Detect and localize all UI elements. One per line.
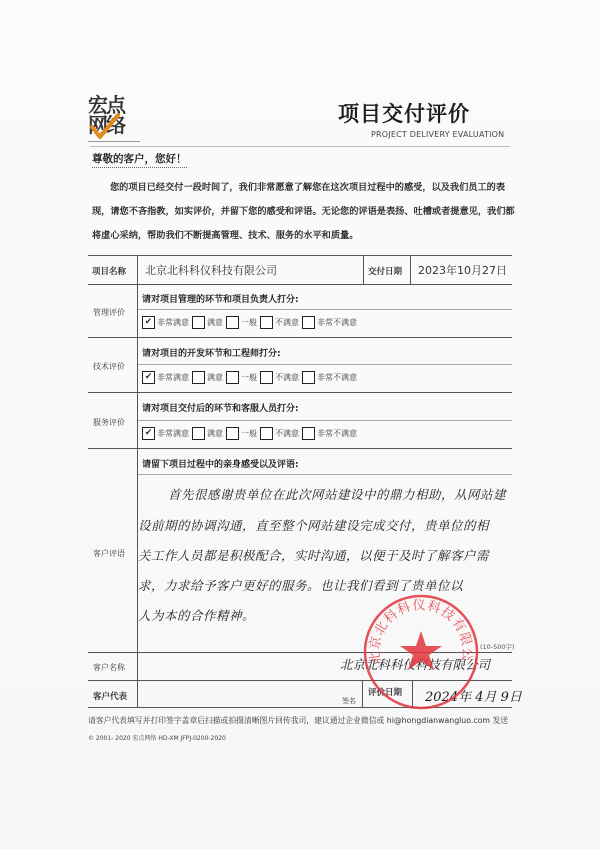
checkbox-icon[interactable] xyxy=(302,427,315,440)
option-label: 满意 xyxy=(207,428,223,439)
management-rating-options: ✔非常满意 满意 一般 不满意 非常不满意 xyxy=(142,316,360,329)
intro-text: 您的项目已经交付一段时间了，我们非常愿意了解您在这次项目过程中的感受，以及我们员… xyxy=(92,182,515,241)
option-label: 满意 xyxy=(207,372,223,383)
comment-line: 关工作人员都是积极配合，实时沟通，以便于及时了解客户需 xyxy=(138,546,489,564)
project-name-label: 项目名称 xyxy=(92,265,126,277)
table-top-border xyxy=(88,255,512,256)
checkbox-icon[interactable] xyxy=(226,427,239,440)
option-label: 一般 xyxy=(241,372,257,383)
checkbox-checked-icon[interactable]: ✔ xyxy=(142,371,155,384)
rating-dissatisfied[interactable]: 不满意 xyxy=(260,371,299,384)
option-label: 一般 xyxy=(241,317,257,328)
checkbox-checked-icon[interactable]: ✔ xyxy=(142,427,155,440)
checkbox-icon[interactable] xyxy=(192,371,205,384)
comments-label: 客户评语 xyxy=(93,548,125,559)
service-rating-options: ✔非常满意 满意 一般 不满意 非常不满意 xyxy=(142,427,360,440)
rating-satisfied[interactable]: 满意 xyxy=(192,316,223,329)
checkbox-icon[interactable] xyxy=(260,427,273,440)
table-row-divider xyxy=(88,337,512,338)
word-limit-hint: (10-500字) xyxy=(480,642,515,651)
service-question: 请对项目交付后的环节和客服人员打分: xyxy=(142,401,299,414)
comment-line: 人为本的合作精神。 xyxy=(138,606,255,624)
checkbox-icon[interactable] xyxy=(260,316,273,329)
table-row-divider xyxy=(88,284,512,285)
table-row-divider xyxy=(88,448,512,449)
table-row-divider xyxy=(88,392,512,393)
project-name-value: 北京北科科仪科技有限公司 xyxy=(145,262,277,278)
greeting: 尊敬的客户，您好！ xyxy=(92,151,187,168)
option-label: 不满意 xyxy=(275,317,299,328)
comment-line: 求，力求给予客户更好的服务。也让我们看到了贵单位以 xyxy=(138,576,463,594)
intro-paragraph: 您的项目已经交付一段时间了，我们非常愿意了解您在这次项目过程中的感受，以及我们员… xyxy=(92,176,517,248)
rating-very-satisfied[interactable]: ✔非常满意 xyxy=(142,316,189,329)
management-question: 请对项目管理的环节和项目负责人打分: xyxy=(142,292,299,305)
company-logo: 宏点 网络 xyxy=(88,95,140,139)
checkbox-icon[interactable] xyxy=(302,316,315,329)
comments-question: 请留下项目过程中的亲身感受以及评语: xyxy=(142,457,299,470)
table-column-divider xyxy=(137,255,138,707)
management-rating-label: 管理评价 xyxy=(93,307,125,318)
option-label: 非常满意 xyxy=(157,428,189,439)
header-divider xyxy=(90,146,510,147)
copyright: © 2001- 2020 宏点网络 HD-XM JFPJ-0200-2020 xyxy=(88,733,226,742)
logo-underline xyxy=(88,141,140,142)
table-column-divider xyxy=(363,255,364,284)
option-label: 非常不满意 xyxy=(317,317,357,328)
customer-name-label: 客户名称 xyxy=(93,662,125,673)
rating-very-satisfied[interactable]: ✔非常满意 xyxy=(142,371,189,384)
option-label: 一般 xyxy=(241,428,257,439)
rating-average[interactable]: 一般 xyxy=(226,316,257,329)
option-label: 非常不满意 xyxy=(317,372,357,383)
page-subtitle: PROJECT DELIVERY EVALUATION xyxy=(371,130,504,139)
logo-text-top: 宏点 xyxy=(88,95,124,115)
rating-satisfied[interactable]: 满意 xyxy=(192,371,223,384)
rating-satisfied[interactable]: 满意 xyxy=(192,427,223,440)
submission-note: 请客户代表填写并打印签字盖章后扫描或拍摄清晰图片回传我司，建议通过企业微信或 h… xyxy=(88,715,508,726)
option-label: 非常不满意 xyxy=(317,428,357,439)
option-label: 非常满意 xyxy=(157,317,189,328)
rating-very-satisfied[interactable]: ✔非常满意 xyxy=(142,427,189,440)
checkbox-icon[interactable] xyxy=(226,371,239,384)
delivery-date-value: 2023年10月27日 xyxy=(418,262,507,278)
table-row-divider xyxy=(137,420,512,421)
option-label: 不满意 xyxy=(275,428,299,439)
option-label: 满意 xyxy=(207,317,223,328)
rating-dissatisfied[interactable]: 不满意 xyxy=(260,316,299,329)
rating-dissatisfied[interactable]: 不满意 xyxy=(260,427,299,440)
rating-average[interactable]: 一般 xyxy=(226,427,257,440)
technical-rating-options: ✔非常满意 满意 一般 不满意 非常不满意 xyxy=(142,371,360,384)
checkbox-icon[interactable] xyxy=(260,371,273,384)
rating-very-dissatisfied[interactable]: 非常不满意 xyxy=(302,316,357,329)
table-column-divider xyxy=(410,255,411,284)
rating-average[interactable]: 一般 xyxy=(226,371,257,384)
rating-very-dissatisfied[interactable]: 非常不满意 xyxy=(302,371,357,384)
option-label: 不满意 xyxy=(275,372,299,383)
checkbox-icon[interactable] xyxy=(302,371,315,384)
checkbox-icon[interactable] xyxy=(192,427,205,440)
company-seal-icon: 北京北科科仪科技有限公司 xyxy=(362,593,480,711)
technical-question: 请对项目的开发环节和工程师打分: xyxy=(142,346,281,359)
delivery-date-label: 交付日期 xyxy=(368,265,402,277)
checkbox-icon[interactable] xyxy=(226,316,239,329)
checkbox-icon[interactable] xyxy=(192,316,205,329)
table-row-divider xyxy=(137,309,512,310)
checkbox-checked-icon[interactable]: ✔ xyxy=(142,316,155,329)
service-rating-label: 服务评价 xyxy=(93,417,125,428)
signature-label: 签名 xyxy=(342,696,356,706)
comment-line: 首先很感谢贵单位在此次网站建设中的鼎力相助，从网站建 xyxy=(168,485,506,503)
rating-very-dissatisfied[interactable]: 非常不满意 xyxy=(302,427,357,440)
technical-rating-label: 技术评价 xyxy=(93,361,125,372)
checkmark-logo-icon xyxy=(90,113,120,139)
table-row-divider xyxy=(137,364,512,365)
option-label: 非常满意 xyxy=(157,372,189,383)
comment-line: 设前期的协调沟通，直至整个网站建设完成交付，贵单位的相 xyxy=(138,516,489,534)
page-title: 项目交付评价 xyxy=(338,98,470,128)
table-row-divider xyxy=(137,474,512,475)
customer-rep-label: 客户代表 xyxy=(93,690,127,702)
evaluation-form-page: 宏点 网络 项目交付评价 PROJECT DELIVERY EVALUATION… xyxy=(0,0,600,849)
